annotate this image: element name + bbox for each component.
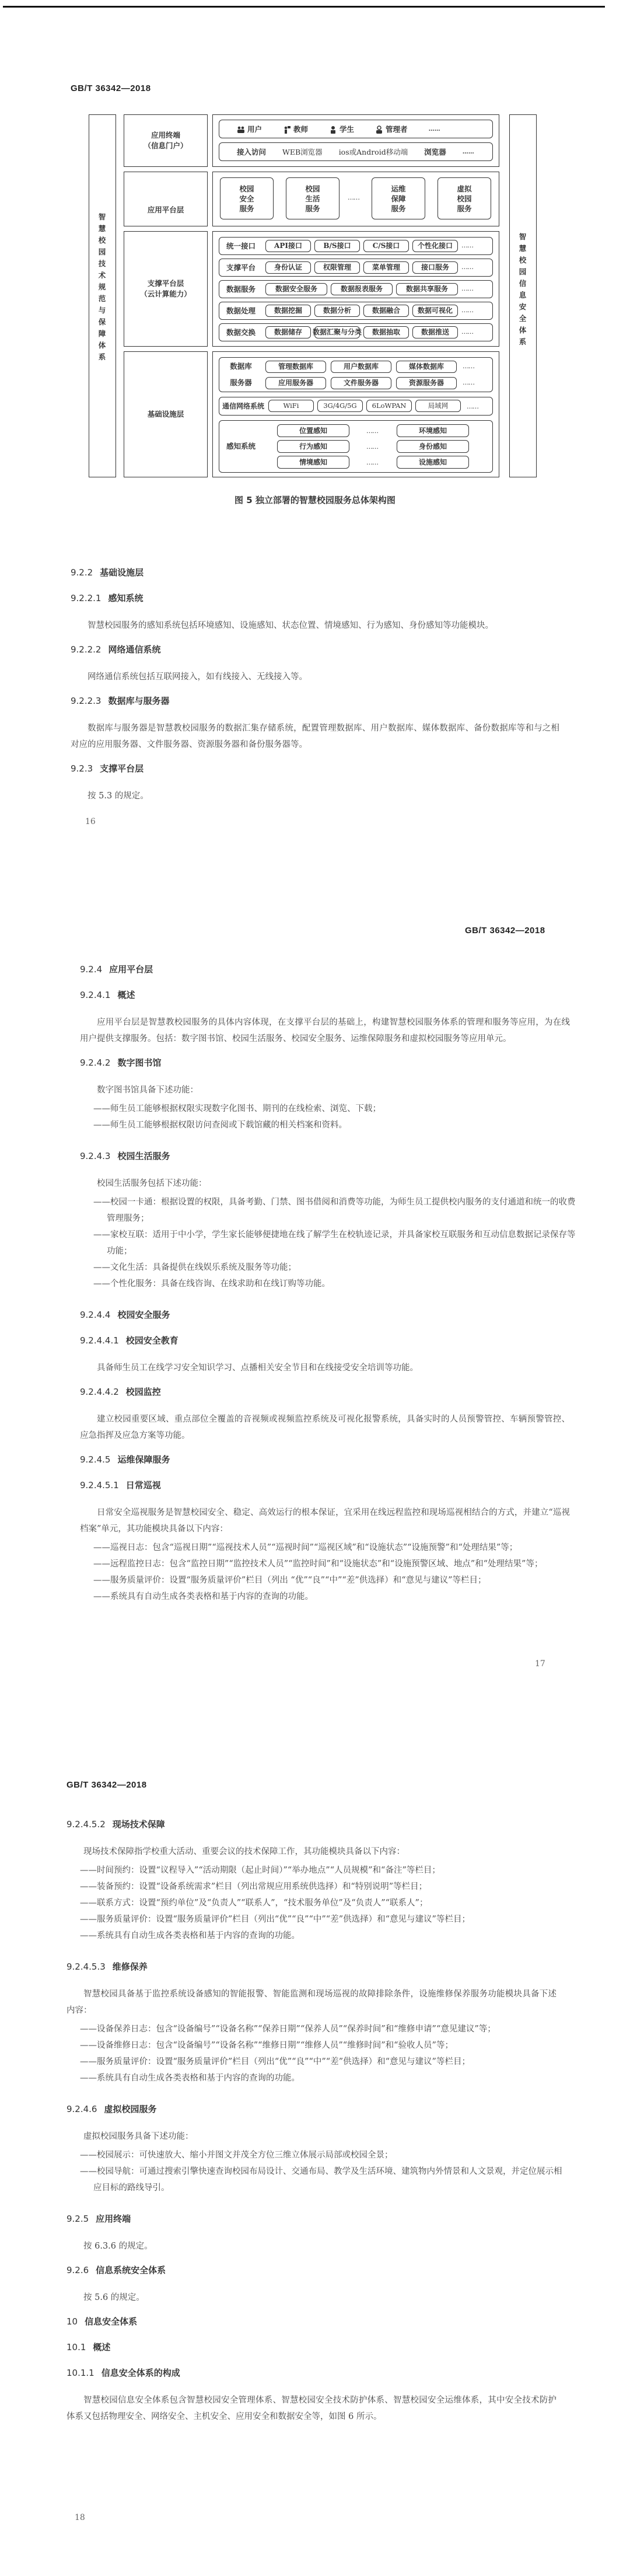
section-number: 10.1: [66, 2342, 86, 2352]
section-heading: 9.2.2基础设施层: [71, 566, 143, 578]
section-title: 虚拟校园服务: [104, 2104, 156, 2114]
section-number: 9.2.4.5.1: [80, 1480, 119, 1491]
teacher-icon: [283, 125, 291, 134]
sensing-item: 身份感知: [397, 440, 469, 453]
service-label-line: 保障: [391, 194, 405, 204]
paragraph: 按 5.6 的规定。: [66, 2289, 556, 2306]
list-item: ——服务质量评价：设置“服务质量评价”栏目（列出“优”“良”“中”“差”供选择）…: [80, 1911, 570, 1928]
section-heading: 9.2.4.4.1校园安全教育: [80, 1334, 178, 1346]
paragraph: 智慧校园信息安全体系包含智慧校园安全管理体系、智慧校园安全技术防护体系、智慧校园…: [66, 2392, 556, 2425]
support-item: 身份认证: [265, 261, 311, 274]
section-heading: 9.2.4.5运维保障服务: [80, 1453, 170, 1465]
vertical-char: 系: [517, 336, 528, 348]
vertical-char: 障: [96, 328, 108, 340]
standard-id: GB/T 36342—2018: [71, 83, 151, 93]
section-number: 9.2.4.4.1: [80, 1335, 119, 1346]
web-browser: WEB浏览器: [282, 147, 323, 157]
section-title: 信息安全体系: [85, 2316, 137, 2327]
paragraph: 现场技术保障指学校重大活动、重要会议的技术保障工作，其功能模块具备以下内容：: [66, 1844, 556, 1860]
ellipsis: ……: [366, 427, 378, 435]
section-heading: 9.2.2.3数据库与服务器: [71, 694, 170, 707]
section-heading: 9.2.4.3校园生活服务: [80, 1150, 170, 1162]
section-number: 9.2.4.5: [80, 1454, 110, 1465]
standard-id: GB/T 36342—2018: [66, 1780, 147, 1790]
vertical-char: 校: [96, 235, 108, 246]
list-item: ——师生员工能够根据权限实现数字化图书、期刊的在线检索、浏览、下载；: [93, 1101, 583, 1117]
figure-caption: 图 5 独立部署的智慧校园服务总体架构图: [0, 494, 630, 506]
right-column-label: 智慧校园信息安全体系: [517, 231, 528, 348]
infra-row-name: 数据库: [220, 359, 261, 374]
infra-item: 管理数据库: [265, 361, 326, 373]
section-number: 9.2.3: [71, 763, 93, 774]
section-title: 概述: [93, 2342, 110, 2352]
section-title: 现场技术保障: [113, 1819, 165, 1830]
sensing-item: 设施感知: [397, 456, 469, 469]
section-title: 网络通信系统: [108, 644, 160, 655]
vertical-char: 范: [96, 293, 108, 305]
vertical-char: 智: [517, 231, 528, 243]
vertical-char: 智: [96, 211, 108, 223]
list-item: ——校园展示：可快速放大、缩小并图文并茂全方位三维立体展示局部或校园全景；: [80, 2147, 570, 2163]
sensing-item: 情境感知: [277, 456, 349, 469]
section-title: 维修保养: [113, 1961, 148, 1972]
service-campus-safety: 校园安全服务: [220, 177, 274, 219]
student-item: 学生: [329, 124, 354, 134]
list-item: ——设备保养日志：包含“设备编号”“设备名称”“保养日期”“保养人员”“保养时间…: [80, 2021, 570, 2037]
list-item: ——联系方式：设置“预约单位”及“负责人”“联系人”，“技术服务单位”及“负责人…: [80, 1895, 570, 1911]
admin-label: 管理者: [386, 125, 408, 134]
left-column-label: 智慧校园技术规范与保障体系: [96, 211, 108, 363]
vertical-char: 技: [96, 258, 108, 270]
paragraph: 应用平台层是智慧教校园服务的具体内容体现，在支撑平台层的基础上，构建智慧校园服务…: [80, 1014, 570, 1047]
sensing-item: 位置感知: [277, 424, 349, 437]
paragraph: 数字图书馆具备下述功能：: [80, 1082, 570, 1098]
top-rule: [3, 6, 605, 8]
ellipsis: ……: [463, 147, 474, 157]
vertical-char: 体: [96, 340, 108, 351]
terminal-label-1: 应用终端: [151, 130, 180, 141]
section-heading: 10.1概述: [66, 2341, 110, 2353]
section-heading: 9.2.2.2网络通信系统: [71, 643, 161, 655]
layer-label-support-platform: 支撑平台层 （云计算能力）: [124, 231, 208, 347]
list-item: ——服务质量评价：设置“服务质量评价”栏目（列出 “优”“良”“中”“差”供选择…: [93, 1572, 583, 1589]
support-row-name: 数据服务: [220, 280, 261, 298]
ellipsis: ……: [366, 459, 378, 466]
section-number: 9.2.4.4: [80, 1310, 110, 1320]
paragraph: 按 6.3.6 的规定。: [66, 2238, 556, 2254]
vertical-char: 规: [96, 281, 108, 293]
access-row: 接入访问 WEB浏览器 ios或Android移动端 浏览器 ……: [219, 142, 493, 161]
ellipsis: ……: [463, 379, 474, 386]
list-item: ——校园一卡通：根据设置的权限，具备考勤、门禁、图书借阅和消费等功能，为师生员工…: [93, 1194, 583, 1227]
list-item: ——系统具有自动生成各类表格和基于内容的查询的功能。: [80, 2070, 570, 2086]
support-item: 数据分析: [314, 305, 360, 317]
paragraph: 网络通信系统包括互联网接入，如有线接入、无线接入等。: [71, 669, 559, 685]
vertical-char: 系: [96, 351, 108, 363]
section-number: 9.2.4.4.2: [80, 1387, 119, 1397]
access-label: 接入访问: [237, 147, 266, 157]
support-item: 接口服务: [412, 261, 458, 274]
section-title: 数字图书馆: [117, 1057, 161, 1068]
network-group: [219, 397, 493, 416]
support-row-name: 支撑平台: [220, 259, 261, 277]
support-item: 数据汇聚与分类: [314, 326, 360, 338]
ellipsis: ……: [366, 443, 378, 451]
section-heading: 9.2.4.5.1日常巡视: [80, 1479, 161, 1491]
section-title: 感知系统: [108, 593, 143, 603]
admin-item: 管理者: [375, 124, 408, 134]
vertical-char: 全: [517, 313, 528, 324]
ellipsis: ……: [461, 242, 473, 249]
section-title: 应用终端: [96, 2214, 131, 2224]
service-label-line: 服务: [239, 204, 254, 214]
section-number: 9.2.2.2: [71, 644, 101, 655]
section-number: 9.2.4.1: [80, 990, 110, 1000]
support-item: B/S接口: [314, 240, 360, 252]
list-item: ——校园导航：可通过搜索引擎快速查询校园布局设计、交通布局、教学及生活环境、建筑…: [80, 2163, 570, 2196]
paragraph: 具备师生员工在线学习安全知识学习、点播相关安全节目和在线接受安全培训等功能。: [80, 1360, 570, 1376]
service-label-line: 服务: [391, 204, 405, 214]
section-number: 10: [66, 2316, 78, 2327]
teacher-item: 教师: [283, 124, 308, 134]
section-title: 信息安全体系的构成: [101, 2368, 180, 2378]
support-item: API接口: [265, 240, 311, 252]
section-heading: 9.2.4.4.2校园监控: [80, 1385, 161, 1398]
paragraph: 建立校园重要区域、重点部位全覆盖的音视频或视频监控系统及可视化报警系统，具备实时…: [80, 1411, 570, 1444]
infra-item: 资源服务器: [396, 377, 457, 389]
list-item: ——装备预约：设置“设备系统需求”栏目（列出常规应用系统供选择）和“特别说明”等…: [80, 1879, 570, 1895]
infra-item: 应用服务器: [265, 377, 326, 389]
paragraph: 虚拟校园服务具备下述功能：: [66, 2128, 556, 2145]
list-item: ——设备维修日志：包含“设备编号”“设备名称”“维修日期”“维修人员”“维修时间…: [80, 2037, 570, 2054]
support-item: 数据可视化: [412, 305, 458, 317]
section-number: 9.2.4.3: [80, 1151, 110, 1161]
support-row-name: 数据处理: [220, 302, 261, 320]
vertical-char: 园: [96, 246, 108, 258]
section-number: 9.2.4.2: [80, 1057, 110, 1068]
paragraph: 数据库与服务器是智慧教校园服务的数据汇集存储系统，配置管理数据库、用户数据库、媒…: [71, 720, 559, 753]
page-number: 17: [535, 1659, 545, 1669]
section-number: 9.2.4.5.3: [66, 1961, 106, 1972]
section-heading: 9.2.4.5.3维修保养: [66, 1960, 148, 1973]
section-title: 支撑平台层: [100, 763, 143, 774]
section-title: 信息系统安全体系: [96, 2265, 166, 2275]
layer-label-infrastructure: 基础设施层: [124, 351, 208, 477]
support-item: C/S接口: [363, 240, 409, 252]
support-label-1: 支撑平台层: [148, 278, 184, 289]
section-number: 9.2.2.1: [71, 593, 101, 603]
section-heading: 9.2.4应用平台层: [80, 963, 153, 975]
sensing-item: 环境感知: [397, 424, 469, 437]
list-item: ——巡视日志：包含“巡视日期”“巡视技术人员”“巡视时间”“巡视区域”和“设施状…: [93, 1540, 583, 1556]
section-number: 10.1.1: [66, 2368, 94, 2378]
paragraph: 智慧校园服务的感知系统包括环境感知、设施感知、状态位置、情境感知、行为感知、身份…: [71, 617, 559, 634]
support-item: 数据推送: [412, 326, 458, 338]
service-label-line: 安全: [239, 194, 254, 204]
support-label-2: （云计算能力）: [140, 289, 191, 299]
service-virtual-campus: 虚拟校园服务: [437, 177, 491, 219]
infra-row-name: 服务器: [220, 376, 261, 390]
section-title: 校园监控: [126, 1387, 161, 1397]
support-item: 数据共享服务: [396, 283, 458, 295]
app-platform-label: 应用平台层: [148, 205, 184, 215]
support-item: 个性化接口: [412, 240, 458, 252]
section-title: 基础设施层: [100, 567, 143, 578]
service-label-line: 校园: [457, 194, 471, 204]
users-label: 用户: [247, 125, 262, 134]
section-heading: 9.2.4.2数字图书馆: [80, 1056, 162, 1069]
section-heading: 9.2.4.1概述: [80, 989, 135, 1001]
list-item: ——文化生活：具备提供在线娱乐系统及服务等功能；: [93, 1259, 583, 1276]
section-heading: 9.2.4.6虚拟校园服务: [66, 2103, 157, 2115]
ellipsis: ……: [461, 263, 473, 271]
section-heading: 10信息安全体系: [66, 2315, 137, 2327]
ellipsis: ……: [348, 194, 359, 201]
service-campus-life: 校园生活服务: [286, 177, 339, 219]
section-heading: 9.2.4.4校园安全服务: [80, 1308, 170, 1321]
section-heading: 9.2.5应用终端: [66, 2212, 131, 2225]
section-title: 校园生活服务: [117, 1151, 170, 1161]
section-number: 9.2.2: [71, 567, 93, 578]
section-title: 概述: [117, 990, 135, 1000]
section-number: 9.2.5: [66, 2214, 89, 2224]
support-item: 数据抽取: [363, 326, 409, 338]
service-label-line: 校园: [305, 184, 320, 194]
admin-icon: [375, 125, 383, 134]
ellipsis: ……: [461, 285, 473, 292]
service-label-line: 服务: [457, 204, 471, 214]
section-title: 校园安全服务: [117, 1310, 170, 1320]
ellipsis: ……: [463, 362, 474, 370]
support-item: 数据融合: [363, 305, 409, 317]
section-heading: 9.2.6信息系统安全体系: [66, 2264, 166, 2276]
student-label: 学生: [339, 125, 354, 134]
support-row-name: 统一接口: [220, 237, 261, 255]
section-number: 9.2.2.3: [71, 696, 101, 706]
vertical-char: 信: [517, 278, 528, 289]
teacher-label: 教师: [293, 125, 308, 134]
vertical-char: 安: [517, 301, 528, 313]
section-title: 应用平台层: [109, 964, 153, 975]
list-item: ——时间预约：设置“议程导入”“活动期限（起止时间）”“举办地点”“人员规模”和…: [80, 1862, 570, 1879]
service-label-line: 运维: [391, 184, 405, 194]
service-label-line: 生活: [305, 194, 320, 204]
section-number: 9.2.6: [66, 2265, 89, 2275]
section-title: 运维保障服务: [117, 1454, 170, 1465]
section-number: 9.2.4.6: [66, 2104, 97, 2114]
user-item: 用户: [237, 124, 262, 134]
service-label-line: 服务: [305, 204, 320, 214]
vertical-char: 与: [96, 305, 108, 316]
sensing-item: 行为感知: [277, 440, 349, 453]
list-item: ——个性化服务：具备在线咨询、在线求助和在线订购等功能。: [93, 1276, 583, 1292]
section-number: 9.2.4.5.2: [66, 1819, 106, 1830]
ellipsis: ……: [461, 306, 473, 314]
vertical-char: 术: [96, 270, 108, 281]
service-ops-support: 运维保障服务: [372, 177, 425, 219]
sensing-name: 感知系统: [220, 420, 261, 473]
layer-label-terminal: 应用终端 （信息门户）: [124, 114, 208, 167]
list-item: ——远程监控日志：包含“监控日期”“监控技术人员”“监控时间”和“设施状态”和“…: [93, 1556, 583, 1572]
support-item: 数据挖掘: [265, 305, 311, 317]
student-icon: [329, 125, 337, 134]
vertical-char: 慧: [517, 243, 528, 254]
section-number: 9.2.4: [80, 964, 102, 975]
vertical-char: 校: [517, 254, 528, 266]
section-heading: 9.2.3支撑平台层: [71, 762, 143, 774]
section-title: 数据库与服务器: [108, 696, 169, 706]
vertical-char: 息: [517, 289, 528, 301]
support-row-name: 数据交换: [220, 323, 261, 341]
paragraph: 日常安全巡视服务是智慧校园安全、稳定、高效运行的根本保证，宜采用在线远程监控和现…: [80, 1505, 570, 1537]
ellipsis: ……: [429, 124, 440, 134]
vertical-char: 园: [517, 266, 528, 278]
infra-item: 文件服务器: [331, 377, 391, 389]
paragraph: 智慧校园具备基于监控系统设备感知的智能报警、智能监测和现场巡视的故障排除条件，设…: [66, 1986, 556, 2019]
vertical-char: 体: [517, 324, 528, 336]
vertical-char: 保: [96, 316, 108, 328]
infra-item: 用户数据库: [331, 361, 391, 373]
list-item: ——系统具有自动生成各类表格和基于内容的查询的功能。: [80, 1928, 570, 1944]
section-title: 日常巡视: [126, 1480, 161, 1491]
service-label-line: 虚拟: [457, 184, 471, 194]
standard-id: GB/T 36342—2018: [465, 926, 545, 936]
terminal-label-2: （信息门户）: [143, 141, 187, 151]
paragraph: 校园生活服务包括下述功能：: [80, 1175, 570, 1192]
browser: 浏览器: [424, 147, 446, 157]
list-item: ——师生员工能够根据权限访问查阅或下载馆藏的相关档案和资料。: [93, 1117, 583, 1133]
page-number: 18: [75, 2513, 85, 2522]
section-heading: 9.2.4.5.2现场技术保障: [66, 1818, 165, 1830]
support-item: 数据储存: [265, 326, 311, 338]
users-row: 用户 教师 学生 管理者 ……: [219, 120, 493, 138]
infra-item: 媒体数据库: [396, 361, 457, 373]
support-item: 数据报表服务: [331, 283, 393, 295]
support-item: 权限管理: [314, 261, 360, 274]
support-item: 数据安全服务: [265, 283, 327, 295]
ellipsis: ……: [461, 328, 473, 336]
section-title: 校园安全教育: [126, 1335, 178, 1346]
list-item: ——系统具有自动生成各类表格和基于内容的查询的功能。: [93, 1589, 583, 1605]
list-item: ——家校互联：适用于中小学，学生家长能够便捷地在线了解学生在校轨迹记录，并具备家…: [93, 1227, 583, 1259]
page-number: 16: [85, 817, 96, 826]
service-label-line: 校园: [239, 184, 254, 194]
paragraph: 按 5.3 的规定。: [71, 788, 559, 804]
support-item: 菜单管理: [363, 261, 409, 274]
list-item: ——服务质量评价：设置“服务质量评价”栏目（列出“优”“良”“中”“差”供选择）…: [80, 2054, 570, 2070]
mobile-client: ios或Android移动端: [339, 147, 408, 157]
infrastructure-label: 基础设施层: [148, 409, 184, 420]
section-heading: 9.2.2.1感知系统: [71, 592, 143, 604]
layer-label-app-platform: 应用平台层: [124, 172, 208, 226]
users-icon: [237, 125, 245, 134]
section-heading: 10.1.1信息安全体系的构成: [66, 2366, 180, 2379]
vertical-char: 慧: [96, 223, 108, 235]
